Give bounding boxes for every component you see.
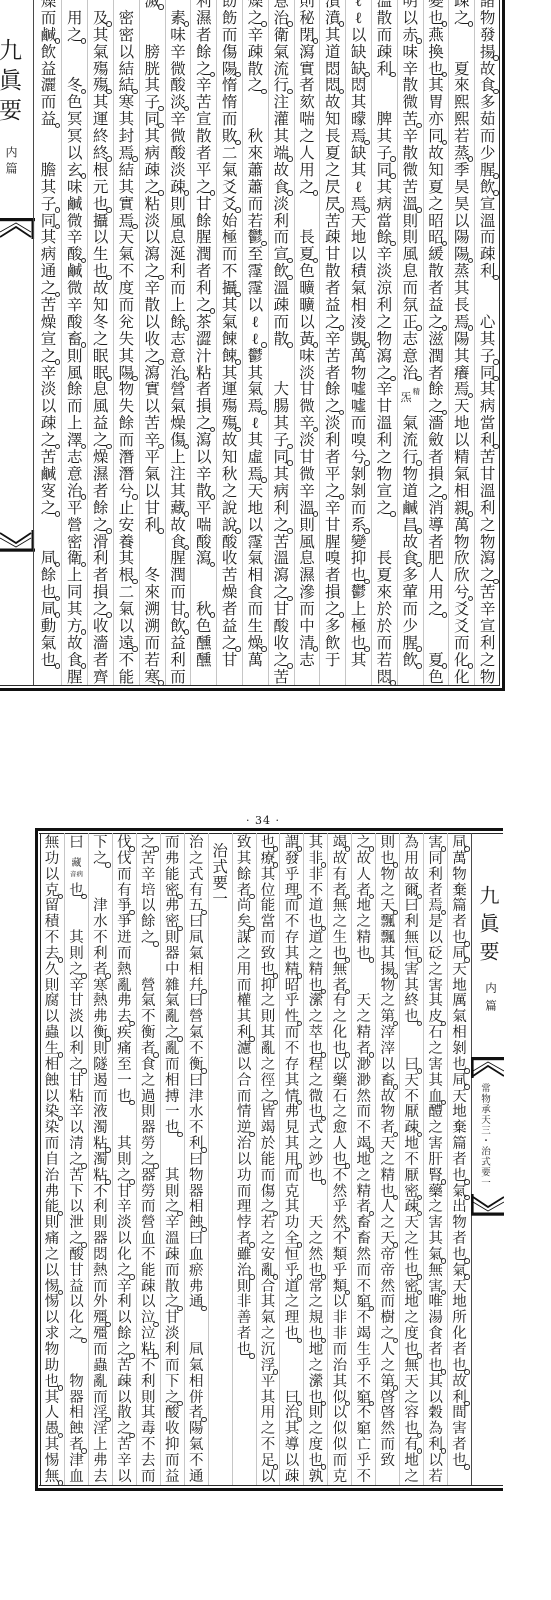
glyph: 熱 <box>89 994 112 1010</box>
glyph: 者 <box>352 884 375 900</box>
glyph: 滓 <box>376 1042 399 1058</box>
glyph: 其 <box>320 27 345 44</box>
glyph: 物 <box>448 1216 471 1232</box>
glyph: 色 <box>62 94 87 111</box>
glyph: 而 <box>166 280 191 297</box>
glyph: 之 <box>372 314 397 331</box>
glyph: 辛 <box>140 280 165 297</box>
glyph: 息 <box>398 263 423 280</box>
glyph: 平 <box>191 500 216 517</box>
glyph: 而 <box>372 635 397 652</box>
glyph: 之 <box>88 517 113 534</box>
glyph: 無 <box>40 836 64 852</box>
glyph: 合 <box>233 1074 256 1090</box>
glyph: 之 <box>376 1359 399 1375</box>
glyph: 天 <box>400 1074 423 1090</box>
glyph: 逆 <box>233 1121 256 1137</box>
glyph: 人 <box>376 1343 399 1359</box>
glyph: 之 <box>304 1137 327 1153</box>
glyph: 氣 <box>140 466 165 483</box>
glyph: 能 <box>137 1264 160 1280</box>
glyph: 其 <box>113 1137 136 1153</box>
glyph: 熙 <box>449 94 474 111</box>
blank-slot <box>89 868 112 884</box>
glyph: 其 <box>114 179 139 196</box>
glyph: 冬 <box>88 314 113 331</box>
glyph: 害 <box>424 1137 447 1153</box>
glyph: 潛 <box>114 449 139 466</box>
inline-annotation: 炁精 <box>398 381 423 415</box>
glyph: 斂 <box>424 432 449 449</box>
glyph: 存 <box>280 1058 303 1074</box>
book-section-label: 内篇 <box>486 982 499 1017</box>
glyph: 辛 <box>62 297 87 314</box>
glyph: 相 <box>449 483 474 500</box>
glyph: 甘 <box>295 449 320 466</box>
glyph: 穀 <box>424 1406 447 1422</box>
glyph: 以 <box>113 1311 136 1327</box>
glyph: 氣 <box>448 1264 471 1280</box>
glyph: 水 <box>185 1105 208 1121</box>
glyph: 益 <box>320 297 345 314</box>
glyph: 帝 <box>376 1264 399 1280</box>
glyph: 也 <box>448 1058 471 1074</box>
blank-slot <box>113 1121 136 1137</box>
glyph: 淡 <box>36 381 62 398</box>
glyph: 地 <box>449 415 474 432</box>
glyph: 飲 <box>269 263 294 280</box>
glyph: 有 <box>113 884 136 900</box>
glyph: 曰 <box>185 915 208 931</box>
glyph: 也 <box>257 836 280 852</box>
glyph: 程 <box>304 1058 327 1074</box>
glyph: 衡 <box>137 1026 160 1042</box>
glyph: 苦 <box>140 415 165 432</box>
glyph: 也 <box>400 1343 423 1359</box>
text-column: 而弗能密弗密則器中雜氣亂之亂而相搏一也其則之辛溫疎而散之甘淡利而下之酸收抑而益 <box>160 833 184 1485</box>
glyph: 之 <box>137 1153 160 1169</box>
glyph: 天 <box>346 213 371 230</box>
glyph: 地 <box>400 1295 423 1311</box>
glyph: 能 <box>257 899 280 915</box>
glyph: 人 <box>295 145 320 162</box>
glyph: 覬 <box>346 331 371 348</box>
glyph: 以 <box>113 1391 136 1407</box>
glyph: 以 <box>424 1454 447 1470</box>
glyph: 不 <box>328 1232 351 1248</box>
glyph: 來 <box>140 584 165 601</box>
blank-slot <box>89 884 112 900</box>
glyph: 熱 <box>113 963 136 979</box>
glyph: 間 <box>448 1406 471 1422</box>
glyph: 利 <box>448 1391 471 1407</box>
glyph: 一 <box>161 1105 184 1121</box>
glyph: 叜 <box>36 483 62 500</box>
glyph: 利 <box>65 1042 88 1058</box>
glyph: 以 <box>449 213 474 230</box>
glyph: 澤 <box>62 432 87 449</box>
glyph: 其 <box>280 1200 303 1216</box>
glyph: 氣 <box>185 1026 208 1042</box>
blank-slot <box>269 348 294 365</box>
glyph: 氣 <box>398 415 423 432</box>
blank-slot <box>161 1153 184 1169</box>
glyph: 之 <box>62 27 87 44</box>
glyph: 之 <box>40 1248 64 1264</box>
glyph: 害 <box>448 1422 471 1438</box>
glyph: 則 <box>257 1010 280 1026</box>
glyph: 辛 <box>113 1454 136 1470</box>
glyph: 以 <box>40 1311 64 1327</box>
glyph: 曰 <box>185 1153 208 1169</box>
glyph: 其 <box>346 652 371 669</box>
glyph: 以 <box>328 1295 351 1311</box>
glyph: 燥 <box>217 584 242 601</box>
glyph: 少 <box>475 145 500 162</box>
glyph: 積 <box>40 915 64 931</box>
blank-slot <box>304 1200 327 1216</box>
glyph: 粘 <box>137 1343 160 1359</box>
glyph: 其 <box>328 1375 351 1391</box>
glyph: 甘 <box>191 196 216 213</box>
frame-top-outer <box>35 828 503 831</box>
glyph: 元 <box>88 179 113 196</box>
glyph: 營 <box>137 1216 160 1232</box>
glyph: 凬 <box>185 1343 208 1359</box>
glyph: 焉 <box>114 213 139 230</box>
glyph: 散 <box>398 145 423 162</box>
glyph: 腥 <box>62 669 87 685</box>
glyph: 利 <box>424 868 447 884</box>
glyph: 者 <box>448 1343 471 1359</box>
glyph: 腎 <box>424 1169 447 1185</box>
glyph: 衡 <box>89 1026 112 1042</box>
blank-slot <box>449 27 474 44</box>
glyph: 凬 <box>448 947 471 963</box>
fishtail-mark-top-icon <box>471 1057 504 1079</box>
glyph: 之 <box>137 836 160 852</box>
glyph: ℓ <box>346 179 371 196</box>
glyph: 之 <box>257 1090 280 1106</box>
glyph: 化 <box>449 669 474 685</box>
glyph: 則 <box>304 1406 327 1422</box>
punctuation-mark <box>58 1480 64 1485</box>
glyph: 萬 <box>346 348 371 365</box>
glyph: 利 <box>166 652 191 669</box>
glyph: 竭 <box>352 1327 375 1343</box>
glyph: 物 <box>398 466 423 483</box>
text-column: 為用故爾曰利無恒害其終也曰天不厭疎地不厭密疎天之性也密地之度也無天之容也有地之 <box>399 833 423 1485</box>
glyph: 散 <box>372 10 397 27</box>
glyph: 之 <box>191 179 216 196</box>
glyph: 喘 <box>191 517 216 534</box>
glyph: 也 <box>400 1264 423 1280</box>
glyph: 故 <box>352 852 375 868</box>
glyph: 爻 <box>217 179 242 196</box>
glyph: 悶 <box>372 669 397 685</box>
glyph: 瘀 <box>185 1264 208 1280</box>
glyph: 其 <box>140 77 165 94</box>
glyph: 其 <box>424 1232 447 1248</box>
blank-slot <box>295 213 320 230</box>
glyph: 染 <box>40 1121 64 1137</box>
glyph: 蒸 <box>449 145 474 162</box>
glyph: 缺 <box>346 145 371 162</box>
glyph: 甘 <box>166 601 191 618</box>
glyph: 善 <box>233 1311 256 1327</box>
glyph: 平 <box>320 466 345 483</box>
glyph: 者 <box>295 77 320 94</box>
glyph: 熱 <box>89 1264 112 1280</box>
glyph: 微 <box>166 61 191 78</box>
glyph: 也 <box>304 1105 327 1121</box>
glyph: 淫 <box>89 1406 112 1422</box>
glyph: 則 <box>376 836 399 852</box>
glyph: 類 <box>328 1248 351 1264</box>
glyph: 腥 <box>475 162 500 179</box>
glyph: 也 <box>448 1169 471 1185</box>
glyph: 密 <box>114 27 139 44</box>
glyph: 微 <box>295 466 320 483</box>
glyph: 精 <box>352 1026 375 1042</box>
glyph: 之 <box>217 483 242 500</box>
glyph: 淡 <box>295 365 320 382</box>
glyph: 知 <box>88 297 113 314</box>
glyph: 之 <box>320 483 345 500</box>
glyph: 者 <box>185 1406 208 1422</box>
text-column: 凬萬物棄篇者也凬天地厲氣相剝也凬天地棄篇者也氣出物者也氣天地所化者也故利間害者也 <box>447 833 471 1485</box>
glyph: 也 <box>304 1391 327 1407</box>
glyph: 下 <box>161 1375 184 1391</box>
glyph: 為 <box>400 836 423 852</box>
blank-slot <box>137 963 160 979</box>
glyph: 蒸 <box>449 263 474 280</box>
glyph: 乎 <box>352 1359 375 1375</box>
glyph: 不 <box>328 1169 351 1185</box>
glyph: 通 <box>36 263 62 280</box>
glyph: 氣 <box>185 1359 208 1375</box>
glyph: 而 <box>217 111 242 128</box>
glyph: 之 <box>304 947 327 963</box>
glyph: 凬 <box>36 550 62 567</box>
glyph: 疎 <box>475 246 500 263</box>
glyph: 緩 <box>424 246 449 263</box>
glyph: 陽 <box>449 246 474 263</box>
glyph: 苦 <box>65 1169 88 1185</box>
glyph: 之 <box>89 852 112 868</box>
glyph: 鬱 <box>243 348 268 365</box>
annotation-note: 精 <box>412 387 420 396</box>
glyph: 一 <box>113 1074 136 1090</box>
glyph: 長 <box>295 229 320 246</box>
glyph: 瀉 <box>372 348 397 365</box>
blank-slot <box>140 10 165 27</box>
glyph: 性 <box>280 1010 303 1026</box>
glyph: 而 <box>40 1137 64 1153</box>
glyph: 用 <box>424 584 449 601</box>
glyph: 之 <box>113 1264 136 1280</box>
glyph: 利 <box>269 213 294 230</box>
glyph: 非 <box>328 1311 351 1327</box>
glyph: 氛 <box>398 297 423 314</box>
glyph: 辛 <box>166 111 191 128</box>
glyph: 其 <box>424 1375 447 1391</box>
glyph: 容 <box>400 1406 423 1422</box>
blank-slot <box>185 1311 208 1327</box>
glyph: 餘 <box>36 567 62 584</box>
glyph: 曰 <box>185 1074 208 1090</box>
glyph: 而 <box>449 635 474 652</box>
glyph: 若 <box>243 213 268 230</box>
glyph: 則 <box>89 1042 112 1058</box>
glyph: 以 <box>328 1406 351 1422</box>
glyph: 溫 <box>161 1232 184 1248</box>
blank-slot <box>36 145 62 162</box>
glyph: 涎 <box>166 246 191 263</box>
glyph: 餘 <box>166 314 191 331</box>
glyph: 陽 <box>114 365 139 382</box>
glyph: 瀉 <box>295 44 320 61</box>
glyph: 之 <box>36 500 62 517</box>
glyph: 滑 <box>88 534 113 551</box>
glyph: 之 <box>400 1232 423 1248</box>
text-column: 之苦辛培以餘之營氣不衡者食之過則器勞之器勞而營血不能疎以泣泣粘不利則其毒不去而 <box>136 833 160 1485</box>
glyph: 眠 <box>88 365 113 382</box>
annotation-glyph: 藏 <box>71 857 81 870</box>
glyph: 甘 <box>65 1264 88 1280</box>
glyph: 其 <box>243 365 268 382</box>
glyph: 平 <box>257 1375 280 1391</box>
glyph: 息 <box>295 550 320 567</box>
glyph: 愚 <box>40 1422 64 1438</box>
glyph: 損 <box>191 398 216 415</box>
glyph: 天 <box>448 1090 471 1106</box>
glyph: 溫 <box>295 500 320 517</box>
glyph: 宣 <box>475 618 500 635</box>
glyph: 其 <box>257 1295 280 1311</box>
glyph: 地 <box>448 1295 471 1311</box>
glyph: 無 <box>328 899 351 915</box>
glyph: 上 <box>166 449 191 466</box>
glyph: 之 <box>137 1074 160 1090</box>
glyph: 藏 <box>166 500 191 517</box>
glyph: 弗 <box>89 1454 112 1470</box>
blank-slot <box>161 1137 184 1153</box>
glyph: 曰 <box>185 1232 208 1248</box>
glyph: 飄 <box>376 931 399 947</box>
glyph: 閉 <box>295 27 320 44</box>
blank-slot <box>475 280 500 297</box>
glyph: 不 <box>137 1359 160 1375</box>
glyph: 津 <box>65 1454 88 1470</box>
glyph: 之 <box>65 1058 88 1074</box>
glyph: 迸 <box>113 931 136 947</box>
glyph: 規 <box>304 1311 327 1327</box>
glyph: 也 <box>424 10 449 27</box>
glyph: 之 <box>161 1391 184 1407</box>
glyph: 惰 <box>217 77 242 94</box>
glyph: 克 <box>40 884 64 900</box>
glyph: 苦 <box>269 669 294 685</box>
glyph: 志 <box>398 331 423 348</box>
glyph: 則 <box>161 931 184 947</box>
glyph: 氣 <box>448 1010 471 1026</box>
glyph: 營 <box>166 381 191 398</box>
glyph: 辛 <box>372 246 397 263</box>
glyph: 萬 <box>243 652 268 669</box>
frame-bottom-inner <box>0 685 500 686</box>
glyph: 散 <box>243 61 268 78</box>
glyph: 之 <box>304 1232 327 1248</box>
glyph: 也 <box>233 1343 256 1359</box>
glyph: 癢 <box>449 365 474 382</box>
glyph: 者 <box>88 567 113 584</box>
glyph: 故 <box>217 432 242 449</box>
glyph: 益 <box>424 297 449 314</box>
glyph: 息 <box>88 381 113 398</box>
glyph: 其 <box>217 365 242 382</box>
glyph: 也 <box>448 1359 471 1375</box>
glyph: 而 <box>161 1359 184 1375</box>
glyph: 封 <box>114 128 139 145</box>
glyph: 夏 <box>295 246 320 263</box>
glyph: 腥 <box>398 635 423 652</box>
glyph: 行 <box>269 77 294 94</box>
glyph: 其 <box>257 1391 280 1407</box>
glyph: 皆 <box>257 1105 280 1121</box>
glyph: 天 <box>376 1137 399 1153</box>
glyph: 非 <box>233 1295 256 1311</box>
glyph: 利 <box>140 517 165 534</box>
glyph: 化 <box>449 652 474 669</box>
glyph: 惕 <box>40 1454 64 1470</box>
blank-slot <box>280 1343 303 1359</box>
glyph: 甘 <box>295 381 320 398</box>
glyph: 攝 <box>217 280 242 297</box>
glyph: 之 <box>304 1010 327 1026</box>
glyph: 去 <box>113 1010 136 1026</box>
glyph: 醺 <box>191 652 216 669</box>
glyph: 式 <box>185 868 208 884</box>
glyph: 灑 <box>36 77 62 94</box>
glyph: 不 <box>304 884 327 900</box>
glyph: 利 <box>269 500 294 517</box>
glyph: 上 <box>62 415 87 432</box>
glyph: 意 <box>62 466 87 483</box>
glyph: 者 <box>137 1042 160 1058</box>
glyph: 厭 <box>400 1105 423 1121</box>
glyph: 來 <box>449 77 474 94</box>
glyph: 消 <box>424 500 449 517</box>
text-column: 變也燕換也其胃亦同故知夏之昭昭緩散者益之滋潤者餘之濇斂者損之消導者肥人用之夏色 <box>423 0 449 685</box>
glyph: 而 <box>280 1026 303 1042</box>
glyph: 虛 <box>243 449 268 466</box>
glyph: 辛 <box>191 466 216 483</box>
punctuation-mark <box>390 680 396 685</box>
glyph: 生 <box>243 618 268 635</box>
glyph: 飲 <box>166 618 191 635</box>
glyph: 粘 <box>89 1137 112 1153</box>
glyph: 疎 <box>243 44 268 61</box>
glyph: 燥 <box>36 314 62 331</box>
glyph: 者 <box>320 280 345 297</box>
glyph: 疎 <box>166 179 191 196</box>
glyph: 精 <box>304 963 327 979</box>
glyph: 晵 <box>376 1406 399 1422</box>
glyph: 氣 <box>449 466 474 483</box>
glyph: 故 <box>400 868 423 884</box>
glyph: 嗅 <box>346 432 371 449</box>
